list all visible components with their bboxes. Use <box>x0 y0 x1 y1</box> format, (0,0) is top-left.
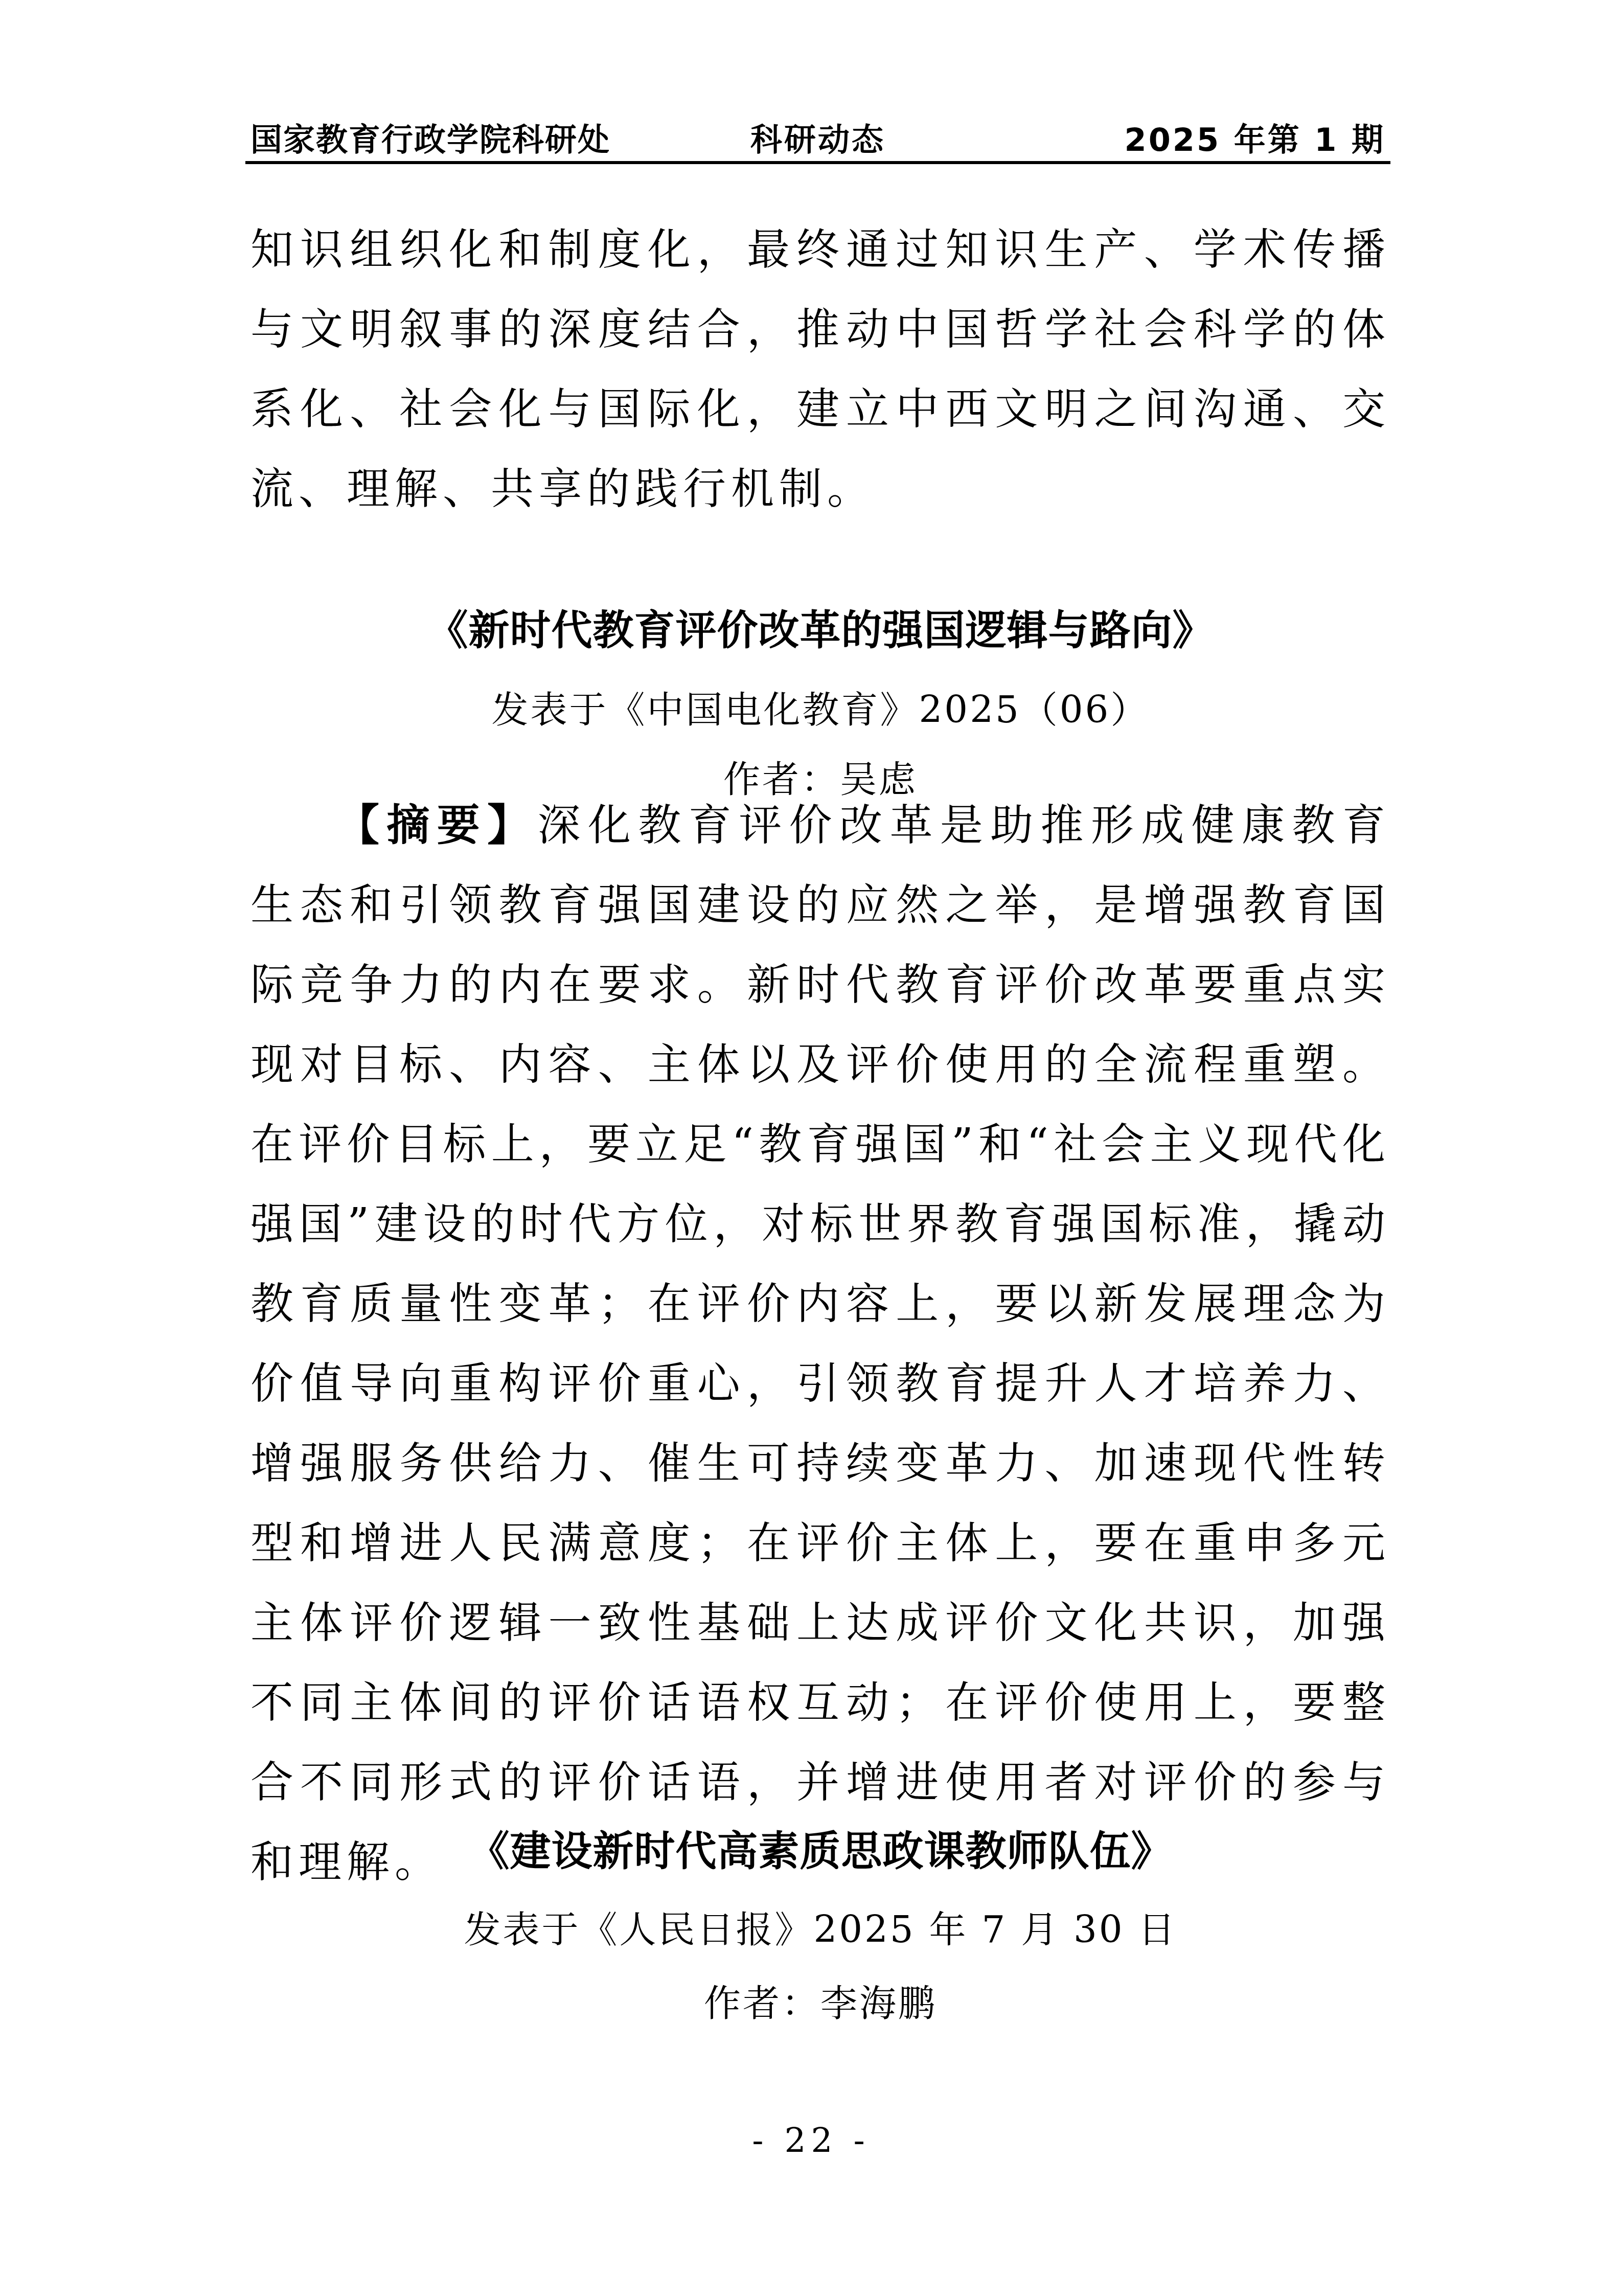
article-publication: 发表于《中国电化教育》2025（06） <box>250 680 1390 733</box>
abstract-label: 【摘要】 <box>336 800 538 850</box>
article-title: 《新时代教育评价改革的强国逻辑与路向》 <box>250 597 1390 656</box>
article-publication: 发表于《人民日报》2025 年 7 月 30 日 <box>250 1900 1390 1953</box>
article-abstract: 【摘要】深化教育评价改革是助推形成健康教育生态和引领教育强国建设的应然之举，是增… <box>250 785 1390 1902</box>
header-rule <box>245 161 1390 164</box>
header-publication: 科研动态 <box>750 120 885 161</box>
article-title: 《建设新时代高素质思政课教师队伍》 <box>250 1818 1390 1877</box>
header-institution: 国家教育行政学院科研处 <box>250 120 610 161</box>
continued-paragraph: 知识组织化和制度化，最终通过知识生产、学术传播与文明叙事的深度结合，推动中国哲学… <box>250 210 1390 529</box>
page-header: 国家教育行政学院科研处 科研动态 2025 年第 1 期 <box>250 111 1385 161</box>
article-author: 作者：李海鹏 <box>250 1973 1390 2027</box>
header-issue: 2025 年第 1 期 <box>1125 120 1385 161</box>
abstract-text: 深化教育评价改革是助推形成健康教育生态和引领教育强国建设的应然之举，是增强教育国… <box>250 800 1390 1887</box>
page-number: - 22 - <box>0 2121 1622 2160</box>
document-page: 国家教育行政学院科研处 科研动态 2025 年第 1 期 知识组织化和制度化，最… <box>0 0 1622 2296</box>
